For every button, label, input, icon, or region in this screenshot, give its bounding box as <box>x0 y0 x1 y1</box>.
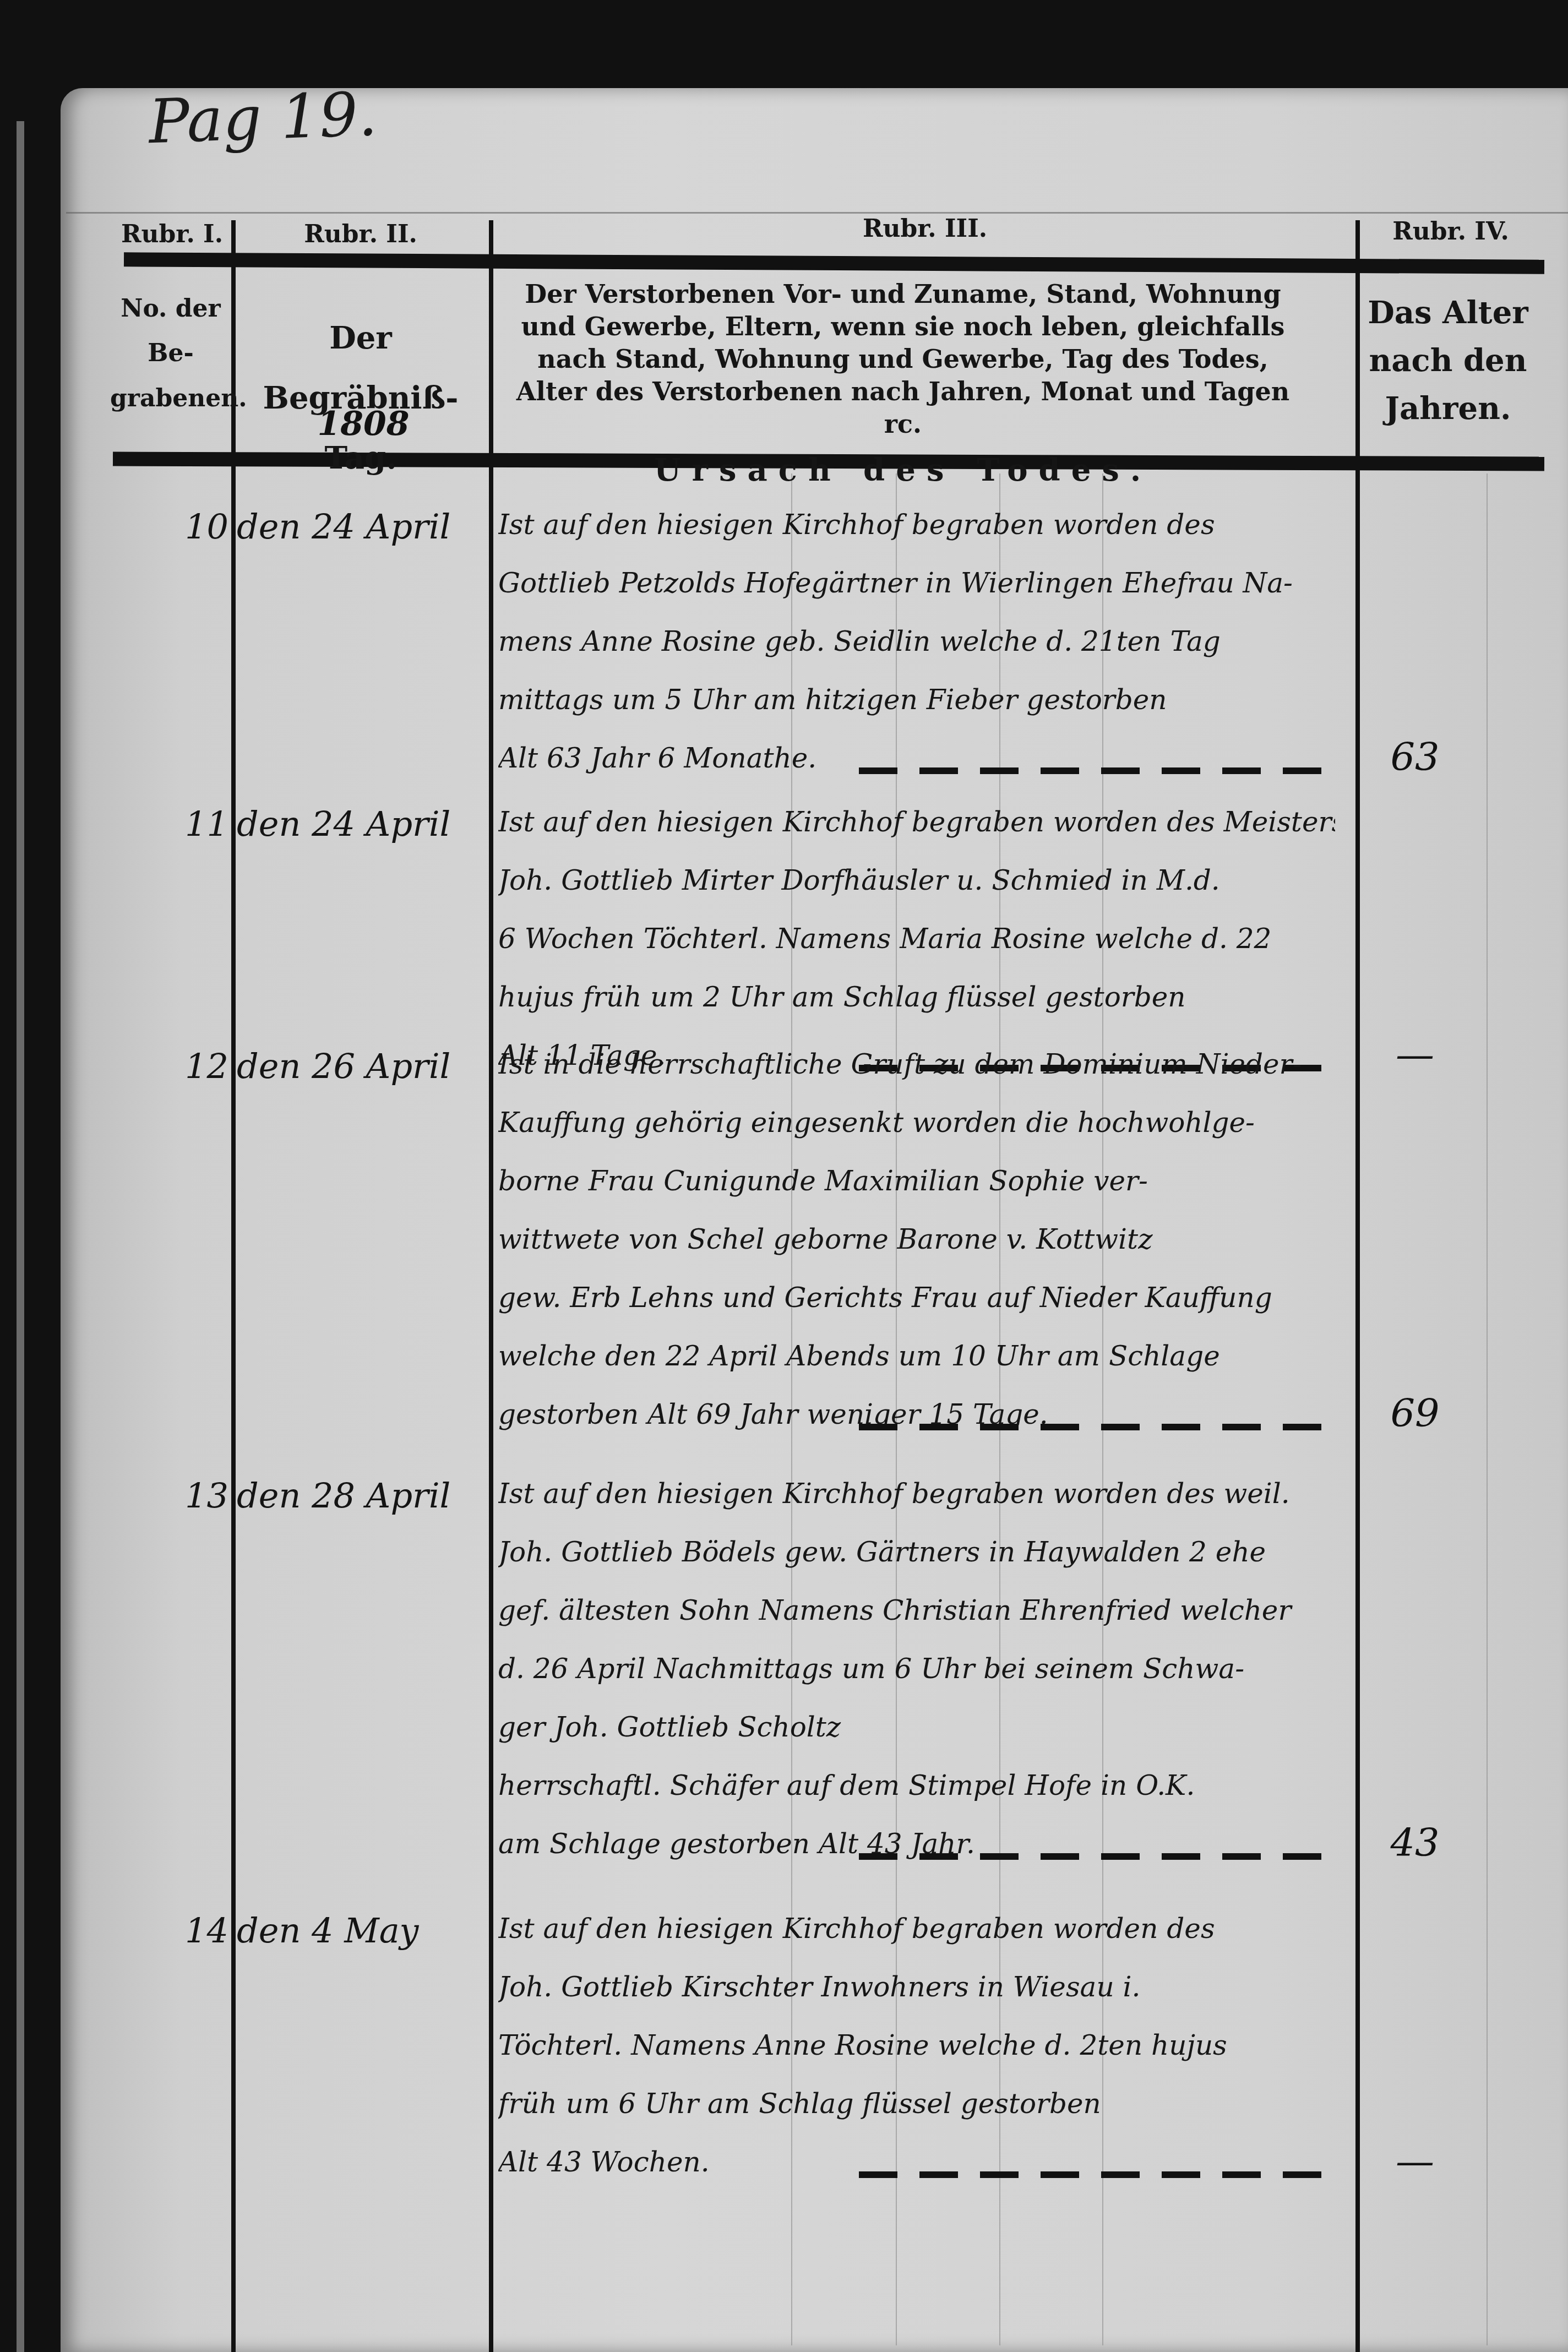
entry-burial-date: den 26 April <box>237 1046 479 1086</box>
entry-burial-date: den 24 April <box>237 804 479 844</box>
header-burial-number: No. der Be- grabenen. <box>110 286 231 421</box>
column-divider-1 <box>231 220 236 2352</box>
entry-text-line: gestorben Alt 69 Jahr weniger 15 Tage. <box>498 1385 1335 1444</box>
entry-text-line: Ist auf den hiesigen Kirchhof begraben w… <box>498 1464 1335 1523</box>
page-number-label: Pag 19. <box>148 79 378 157</box>
entry-text-line: Joh. Gottlieb Kirschter Inwohners in Wie… <box>498 1958 1335 2016</box>
entry-age: — <box>1371 1032 1459 1077</box>
entry-age: — <box>1371 2138 1459 2184</box>
column-divider-3 <box>1355 220 1360 2352</box>
entry-text-line: Ist auf den hiesigen Kirchhof begraben w… <box>498 793 1335 851</box>
entry-burial-date: den 24 April <box>237 507 479 547</box>
entry-text-line: Ist auf den hiesigen Kirchhof begraben w… <box>498 1899 1335 1958</box>
entry-fill-dashes <box>859 1424 1343 1430</box>
entry-age: 43 <box>1371 1820 1459 1865</box>
rubric-2: Rubr. II. <box>237 220 484 248</box>
entry-description: Ist in die herrschaftliche Gruft zu dem … <box>498 1035 1335 1444</box>
entry-fill-dashes <box>859 767 1343 774</box>
entry-age: 69 <box>1371 1391 1459 1436</box>
header-cause-of-death: Ursach des Todes. <box>498 451 1308 491</box>
entry-number: 12 <box>151 1046 228 1086</box>
entry-fill-dashes <box>859 2171 1343 2178</box>
entry-description: Ist auf den hiesigen Kirchhof begraben w… <box>498 1899 1335 2191</box>
column-divider-2 <box>489 220 493 2352</box>
entry-fill-dashes <box>859 1853 1343 1860</box>
entry-text-line: Gottlieb Petzolds Hofegärtner in Wierlin… <box>498 554 1335 612</box>
entry-number: 13 <box>151 1476 228 1516</box>
header-deceased-details: Der Verstorbenen Vor- und Zuname, Stand,… <box>498 278 1308 491</box>
entry-description: Ist auf den hiesigen Kirchhof begraben w… <box>498 1464 1335 1873</box>
entry-description: Ist auf den hiesigen Kirchhof begraben w… <box>498 496 1335 787</box>
entry-text-line: gew. Erb Lehns und Gerichts Frau auf Nie… <box>498 1268 1335 1327</box>
entry-text-line: am Schlage gestorben Alt 43 Jahr. <box>498 1815 1335 1873</box>
entry-text-line: welche den 22 April Abends um 10 Uhr am … <box>498 1327 1335 1385</box>
entry-text-line: d. 26 April Nachmittags um 6 Uhr bei sei… <box>498 1640 1335 1698</box>
header-age: Das Alter nach den Jahren. <box>1365 289 1531 432</box>
entry-number: 11 <box>151 804 228 844</box>
entry-burial-date: den 4 May <box>237 1910 479 1951</box>
entry-text-line: gef. ältesten Sohn Namens Christian Ehre… <box>498 1581 1335 1640</box>
entry-text-line: Alt 63 Jahr 6 Monathe. <box>498 729 1335 787</box>
entry-text-line: Ist in die herrschaftliche Gruft zu dem … <box>498 1035 1335 1093</box>
entry-age: 63 <box>1371 734 1459 780</box>
entry-text-line: Joh. Gottlieb Mirter Dorfhäusler u. Schm… <box>498 851 1335 910</box>
entry-text-line: hujus früh um 2 Uhr am Schlag flüssel ge… <box>498 968 1335 1026</box>
page-edge <box>17 121 24 2352</box>
entry-text-line: ger Joh. Gottlieb Scholtz <box>498 1698 1335 1756</box>
faint-guide <box>1487 473 1488 2345</box>
entry-text-line: früh um 6 Uhr am Schlag flüssel gestorbe… <box>498 2075 1335 2133</box>
entry-text-line: borne Frau Cunigunde Maximilian Sophie v… <box>498 1152 1335 1210</box>
entry-burial-date: den 28 April <box>237 1476 479 1516</box>
header-deceased-text: Der Verstorbenen Vor- und Zuname, Stand,… <box>516 279 1289 439</box>
entry-number: 10 <box>151 507 228 547</box>
rubric-4: Rubr. IV. <box>1360 217 1542 246</box>
rubric-3: Rubr. III. <box>496 215 1354 243</box>
header-burial-day: Der Begräbniß-Tag. <box>234 308 487 489</box>
entry-text-line: Alt 43 Wochen. <box>498 2133 1335 2191</box>
entry-text-line: 6 Wochen Töchterl. Namens Maria Rosine w… <box>498 910 1335 968</box>
entry-text-line: Töchterl. Namens Anne Rosine welche d. 2… <box>498 2016 1335 2075</box>
entry-text-line: wittwete von Schel geborne Barone v. Kot… <box>498 1210 1335 1268</box>
entry-text-line: herrschaftl. Schäfer auf dem Stimpel Hof… <box>498 1756 1335 1815</box>
entry-text-line: mens Anne Rosine geb. Seidlin welche d. … <box>498 612 1335 671</box>
rubric-1: Rubr. I. <box>113 220 231 248</box>
rule-line <box>66 212 1568 214</box>
header-year: 1808 <box>308 405 418 443</box>
entry-text-line: Kauffung gehörig eingesenkt worden die h… <box>498 1093 1335 1152</box>
entry-text-line: Ist auf den hiesigen Kirchhof begraben w… <box>498 496 1335 554</box>
entry-text-line: Joh. Gottlieb Bödels gew. Gärtners in Ha… <box>498 1523 1335 1581</box>
entry-text-line: mittags um 5 Uhr am hitzigen Fieber gest… <box>498 671 1335 729</box>
entry-number: 14 <box>151 1910 228 1951</box>
